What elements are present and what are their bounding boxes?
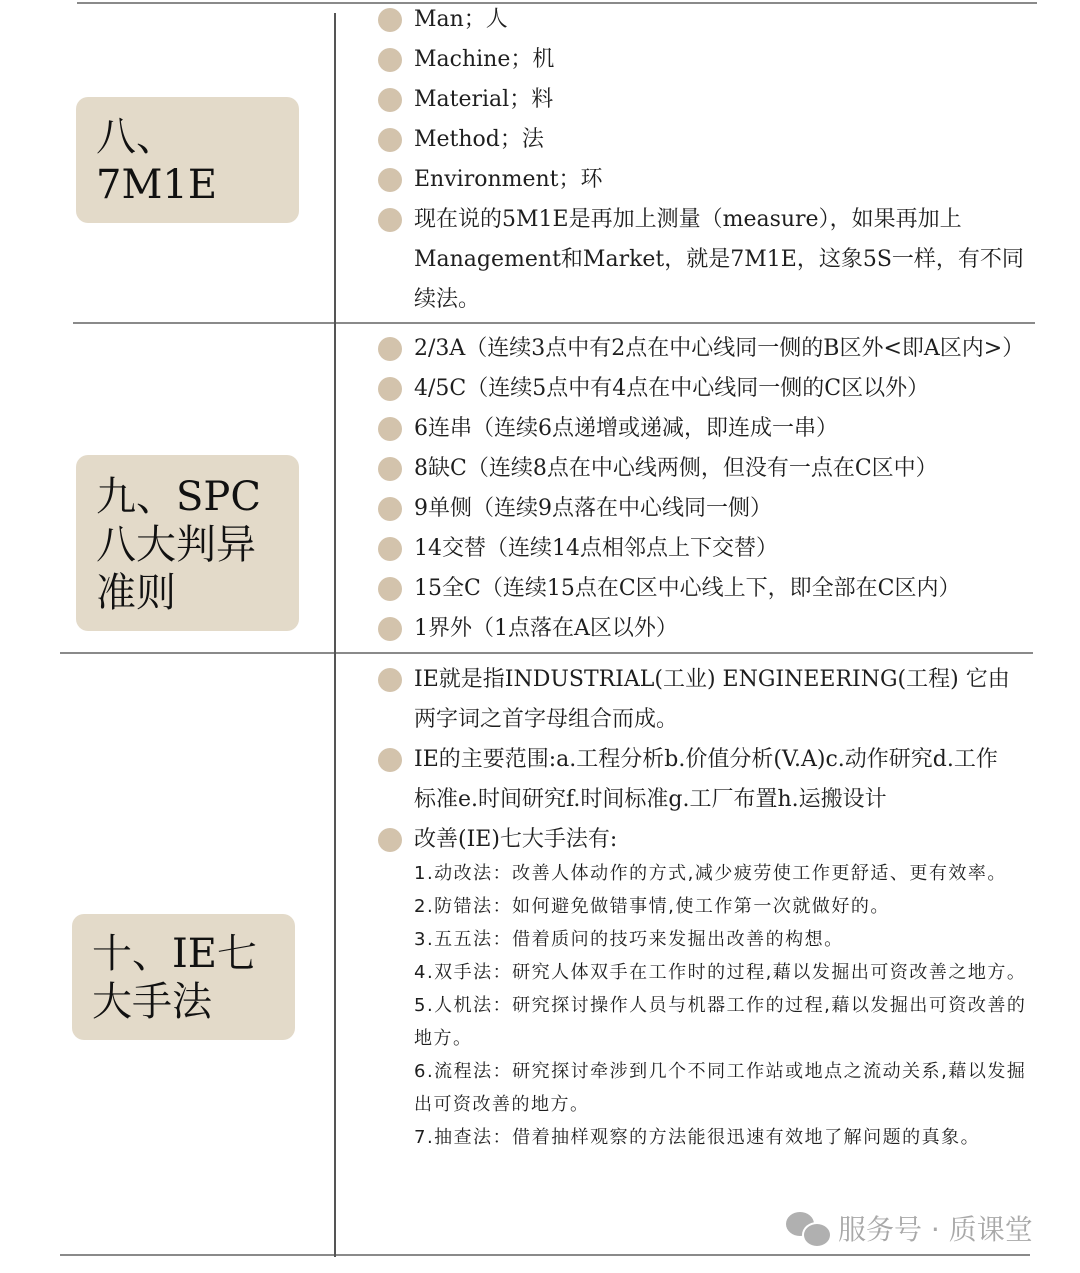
bullet-dot-icon <box>378 497 402 521</box>
wechat-icon <box>786 1210 830 1246</box>
list-item: IE就是指INDUSTRIAL(工业) ENGINEERING(工程) 它由两字… <box>378 660 1018 740</box>
method-item: 7.抽查法：借着抽样观察的方法能很迅速有效地了解问题的真象。 <box>414 1121 1039 1154</box>
bullet-dot-icon <box>378 208 402 232</box>
ie-methods-list: 1.动改法：改善人体动作的方式,减少疲劳使工作更舒适、更有效率。 2.防错法：如… <box>414 857 1039 1154</box>
list-item: 4/5C（连续5点中有4点在中心线同一侧的C区以外） <box>378 369 1058 409</box>
watermark-text: 服务号 · 质课堂 <box>838 1208 1033 1248</box>
method-item: 2.防错法：如何避免做错事情,使工作第一次就做好的。 <box>414 890 1039 923</box>
method-item: 5.人机法：研究探讨操作人员与机器工作的过程,藉以发掘出可资改善的地方。 <box>414 989 1039 1055</box>
watermark: 服务号 · 质课堂 <box>786 1208 1033 1248</box>
section-label-ie: 十、IE七 大手法 <box>72 914 295 1040</box>
bullet-dot-icon <box>378 828 402 852</box>
bullet-list-7m1e: Man；人 Machine；机 Material；料 Method；法 Envi… <box>378 0 1028 320</box>
list-item: 14交替（连续14点相邻点上下交替） <box>378 529 1058 569</box>
list-item: 现在说的5M1E是再加上测量（measure），如果再加上Management和… <box>378 200 1028 320</box>
method-item: 3.五五法：借着质问的技巧来发掘出改善的构想。 <box>414 923 1039 956</box>
bullet-dot-icon <box>378 748 402 772</box>
bullet-dot-icon <box>378 457 402 481</box>
bullet-dot-icon <box>378 128 402 152</box>
list-item: Environment；环 <box>378 160 1028 200</box>
list-item: 1界外（1点落在A区以外） <box>378 609 1058 649</box>
section-label-spc: 九、SPC 八大判异 准则 <box>76 455 299 631</box>
list-item: 8缺C（连续8点在中心线两侧，但没有一点在C区中） <box>378 449 1058 489</box>
list-item: Material；料 <box>378 80 1028 120</box>
row-divider-2 <box>60 652 1033 654</box>
bullet-dot-icon <box>378 617 402 641</box>
method-item: 4.双手法：研究人体双手在工作时的过程,藉以发掘出可资改善之地方。 <box>414 956 1039 989</box>
bullet-dot-icon <box>378 88 402 112</box>
list-item: 6连串（连续6点递增或递减，即连成一串） <box>378 409 1058 449</box>
bullet-dot-icon <box>378 577 402 601</box>
list-item: Man；人 <box>378 0 1028 40</box>
bullet-dot-icon <box>378 377 402 401</box>
bullet-dot-icon <box>378 48 402 72</box>
bullet-list-spc: 2/3A（连续3点中有2点在中心线同一侧的B区外<即A区内>） 4/5C（连续5… <box>378 329 1058 649</box>
section-label-7m1e: 八、 7M1E <box>76 97 299 223</box>
bullet-dot-icon <box>378 668 402 692</box>
bullet-list-ie: IE就是指INDUSTRIAL(工业) ENGINEERING(工程) 它由两字… <box>378 660 1018 860</box>
method-item: 1.动改法：改善人体动作的方式,减少疲劳使工作更舒适、更有效率。 <box>414 857 1039 890</box>
bullet-dot-icon <box>378 337 402 361</box>
table-bottom-border <box>60 1254 1030 1256</box>
row-divider-1 <box>73 322 1035 324</box>
list-item: Machine；机 <box>378 40 1028 80</box>
list-item: 9单侧（连续9点落在中心线同一侧） <box>378 489 1058 529</box>
bullet-dot-icon <box>378 168 402 192</box>
bullet-dot-icon <box>378 417 402 441</box>
list-item: 2/3A（连续3点中有2点在中心线同一侧的B区外<即A区内>） <box>378 329 1058 369</box>
list-item: IE的主要范围:a.工程分析b.价值分析(V.A)c.动作研究d.工作标准e.时… <box>378 740 1018 820</box>
list-item: Method；法 <box>378 120 1028 160</box>
list-item: 改善(IE)七大手法有: <box>378 820 1018 860</box>
column-divider <box>334 13 336 1257</box>
list-item: 15全C（连续15点在C区中心线上下，即全部在C区内） <box>378 569 1058 609</box>
method-item: 6.流程法：研究探讨牵涉到几个不同工作站或地点之流动关系,藉以发掘出可资改善的地… <box>414 1055 1039 1121</box>
bullet-dot-icon <box>378 537 402 561</box>
bullet-dot-icon <box>378 8 402 32</box>
